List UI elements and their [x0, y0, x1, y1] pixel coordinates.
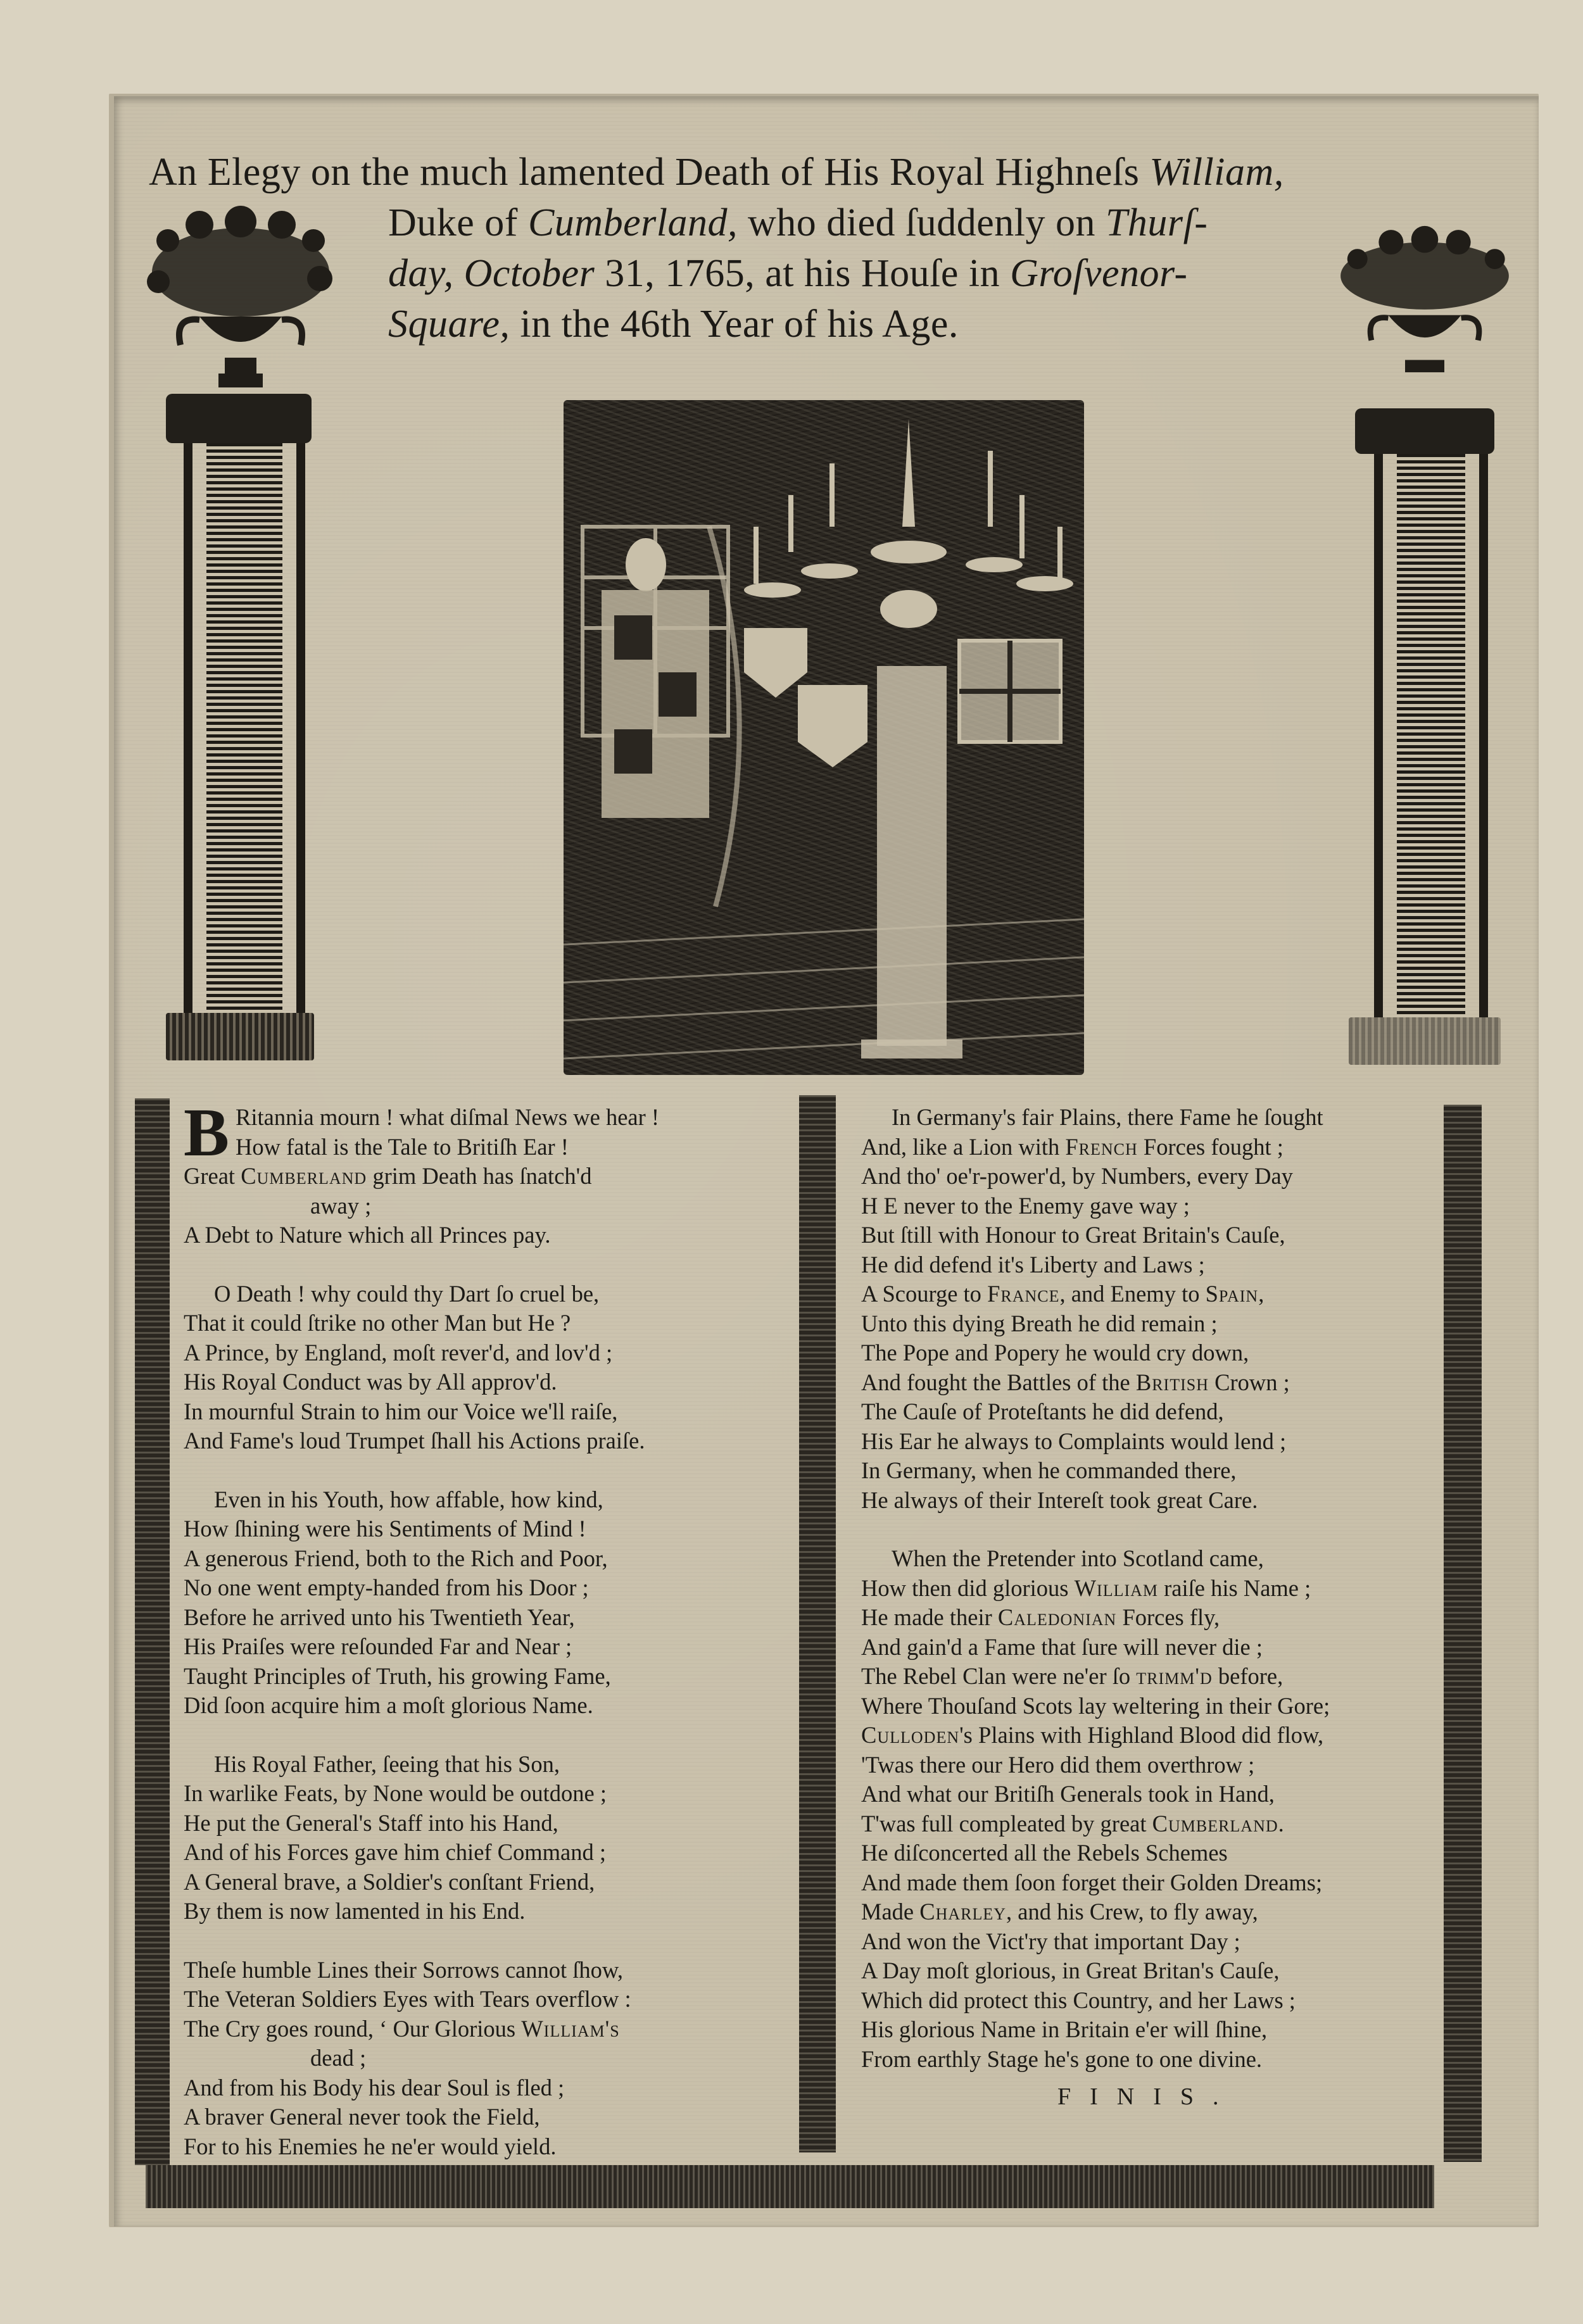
poem-stanza: His Royal Father, ſeeing that his Son,In…	[184, 1750, 659, 1926]
poem-line: A Scourge to France, and Enemy to Spain,	[861, 1279, 1330, 1309]
poem-line: And Fame's loud Trumpet ſhall his Action…	[184, 1426, 659, 1456]
poem-line: Made Charley, and his Crew, to fly away,	[861, 1897, 1330, 1927]
poem-line: A Day moſt glorious, in Great Britan's C…	[861, 1956, 1330, 1986]
small-caps-name: Culloden	[861, 1722, 959, 1748]
poem-line: By them is now lamented in his End.	[184, 1897, 659, 1926]
poem-line: How fatal is the Tale to Britiſh Ear !	[184, 1133, 659, 1162]
small-caps-name: Cumberland	[1152, 1811, 1278, 1837]
poem-line: From earthly Stage he's gone to one divi…	[861, 2045, 1330, 2075]
poem-line: A generous Friend, both to the Rich and …	[184, 1544, 659, 1574]
poem-line: In mournful Strain to him our Voice we'l…	[184, 1397, 659, 1427]
poem-line: In Germany, when he commanded there,	[861, 1456, 1330, 1486]
duke-and-candelabrum-icon	[564, 400, 1084, 1075]
urn-of-flowers-icon	[1327, 215, 1523, 393]
poem-line: Which did protect this Country, and her …	[861, 1986, 1330, 2016]
poem-line: His glorious Name in Britain e'er will ſ…	[861, 2015, 1330, 2045]
small-caps-name: Caledonian	[998, 1604, 1116, 1630]
small-caps-name: French	[1065, 1134, 1137, 1160]
poem-line: In warlike Feats, by None would be outdo…	[184, 1779, 659, 1809]
poem-line: He did defend it's Liberty and Laws ;	[861, 1250, 1330, 1280]
poem-line: Where Thouſand Scots lay weltering in th…	[861, 1692, 1330, 1721]
poem-line: He made their Caledonian Forces fly,	[861, 1603, 1330, 1633]
small-caps-name: trimm'd	[1136, 1663, 1212, 1689]
center-ornamental-border	[799, 1095, 836, 2152]
pillar-base	[1349, 1017, 1501, 1065]
poem-line: His Royal Father, ſeeing that his Son,	[184, 1750, 659, 1780]
poem-left-column: BRitannia mourn ! what diſmal News we he…	[184, 1103, 659, 2190]
poem-line: How then did glorious William raiſe his …	[861, 1574, 1330, 1604]
title-line-1: An Elegy on the much lamented Death of H…	[149, 147, 1504, 198]
poem-line: He diſconcerted all the Rebels Schemes	[861, 1838, 1330, 1868]
poem-line: That it could ſtrike no other Man but He…	[184, 1309, 659, 1338]
poem-line: And tho' oe'r-power'd, by Numbers, every…	[861, 1162, 1330, 1191]
poem-line: H E never to the Enemy gave way ;	[861, 1191, 1330, 1221]
left-ornamental-border	[135, 1098, 170, 2165]
poem-line: T'was full compleated by great Cumberlan…	[861, 1809, 1330, 1839]
poem-line: Theſe humble Lines their Sorrows cannot …	[184, 1956, 659, 1985]
pillar-shaft	[184, 443, 305, 1013]
poem-line: The Veteran Soldiers Eyes with Tears ove…	[184, 1985, 659, 2014]
pillar-base	[166, 1013, 314, 1060]
title-line-4: Square, in the 46th Year of his Age.	[149, 299, 1504, 349]
urn-of-flowers-icon	[130, 203, 351, 393]
poem-line: The Cauſe of Proteſtants he did defend,	[861, 1397, 1330, 1427]
poem-line: Culloden's Plains with Highland Blood di…	[861, 1721, 1330, 1750]
poem-line: away ;	[184, 1191, 659, 1221]
poem-line: A General brave, a Soldier's conſtant Fr…	[184, 1868, 659, 1897]
poem-line: And won the Vict'ry that important Day ;	[861, 1927, 1330, 1957]
poem-line: He put the General's Staff into his Hand…	[184, 1809, 659, 1838]
poem-stanza: BRitannia mourn ! what diſmal News we he…	[184, 1103, 659, 1250]
small-caps-name: Spain	[1206, 1281, 1259, 1307]
poem-line: And made them ſoon forget their Golden D…	[861, 1868, 1330, 1898]
poem-line: BRitannia mourn ! what diſmal News we he…	[184, 1103, 659, 1133]
poem-line: His Ear he always to Complaints would le…	[861, 1427, 1330, 1457]
poem-line: His Royal Conduct was by All approv'd.	[184, 1367, 659, 1397]
elegy-title: An Elegy on the much lamented Death of H…	[149, 147, 1504, 349]
poem-line: And, like a Lion with French Forces foug…	[861, 1133, 1330, 1162]
small-caps-name: Charley	[919, 1899, 1006, 1925]
small-caps-name: British	[1136, 1369, 1209, 1395]
small-caps-name: France	[987, 1281, 1059, 1307]
poem-line: No one went empty-handed from his Door ;	[184, 1573, 659, 1603]
poem-stanza: Theſe humble Lines their Sorrows cannot …	[184, 1956, 659, 2162]
poem-stanza: When the Pretender into Scotland came,Ho…	[861, 1544, 1330, 2074]
title-line-3: day, October 31, 1765, at his Houſe in G…	[149, 248, 1504, 299]
poem-line: Before he arrived unto his Twentieth Yea…	[184, 1603, 659, 1633]
poem-line: dead ;	[184, 2044, 659, 2073]
poem-line: And fought the Battles of the British Cr…	[861, 1368, 1330, 1398]
poem-line: Did ſoon acquire him a moſt glorious Nam…	[184, 1691, 659, 1721]
poem-line: When the Pretender into Scotland came,	[861, 1544, 1330, 1574]
right-ornamental-border	[1444, 1105, 1482, 2162]
poem-line: O Death ! why could thy Dart ſo cruel be…	[184, 1279, 659, 1309]
poem-line: His Praiſes were reſounded Far and Near …	[184, 1632, 659, 1662]
poem-line: 'Twas there our Hero did them overthrow …	[861, 1750, 1330, 1780]
pillar-capital	[1355, 408, 1494, 454]
poem-line: Unto this dying Breath he did remain ;	[861, 1309, 1330, 1339]
poem-stanza: O Death ! why could thy Dart ſo cruel be…	[184, 1279, 659, 1456]
poem-line: But ſtill with Honour to Great Britain's…	[861, 1221, 1330, 1250]
poem-line: Taught Principles of Truth, his growing …	[184, 1662, 659, 1692]
poem-line: A Prince, by England, moſt rever'd, and …	[184, 1338, 659, 1368]
drop-cap-letter: B	[184, 1105, 229, 1161]
poem-line: And what our Britiſh Generals took in Ha…	[861, 1780, 1330, 1809]
poem-line: For to his Enemies he ne'er would yield.	[184, 2132, 659, 2162]
poem-line: How ſhining were his Sentiments of Mind …	[184, 1514, 659, 1544]
poem-line: He always of their Intereſt took great C…	[861, 1486, 1330, 1516]
poem-line: A Debt to Nature which all Princes pay.	[184, 1221, 659, 1250]
small-caps-name: William's	[521, 2016, 619, 2042]
woodcut-illustration	[564, 400, 1084, 1075]
finis-text: FINIS.	[1057, 2083, 1238, 2111]
poem-line: In Germany's fair Plains, there Fame he …	[861, 1103, 1330, 1133]
poem-line: Even in his Youth, how affable, how kind…	[184, 1485, 659, 1515]
poem-line: A braver General never took the Field,	[184, 2102, 659, 2132]
poem-line: The Cry goes round, ‘ Our Glorious Willi…	[184, 2014, 659, 2044]
title-line-2: Duke of Cumberland, who died ſuddenly on…	[149, 198, 1504, 248]
poem-right-column: In Germany's fair Plains, there Fame he …	[861, 1103, 1330, 2103]
poem-line: The Rebel Clan were ne'er ſo trimm'd bef…	[861, 1662, 1330, 1692]
small-caps-name: William	[1075, 1575, 1158, 1601]
poem-line: And gain'd a Fame that ſure will never d…	[861, 1633, 1330, 1662]
small-caps-name: Cumberland	[241, 1163, 367, 1189]
poem-stanza: Even in his Youth, how affable, how kind…	[184, 1485, 659, 1721]
poem-line: Great Cumberland grim Death has ſnatch'd	[184, 1162, 659, 1191]
pillar-capital	[166, 394, 312, 443]
poem-line: And of his Forces gave him chief Command…	[184, 1838, 659, 1868]
poem-stanza: In Germany's fair Plains, there Fame he …	[861, 1103, 1330, 1515]
poem-line: And from his Body his dear Soul is fled …	[184, 2073, 659, 2103]
poem-line: The Pope and Popery he would cry down,	[861, 1338, 1330, 1368]
pillar-shaft	[1374, 454, 1488, 1017]
